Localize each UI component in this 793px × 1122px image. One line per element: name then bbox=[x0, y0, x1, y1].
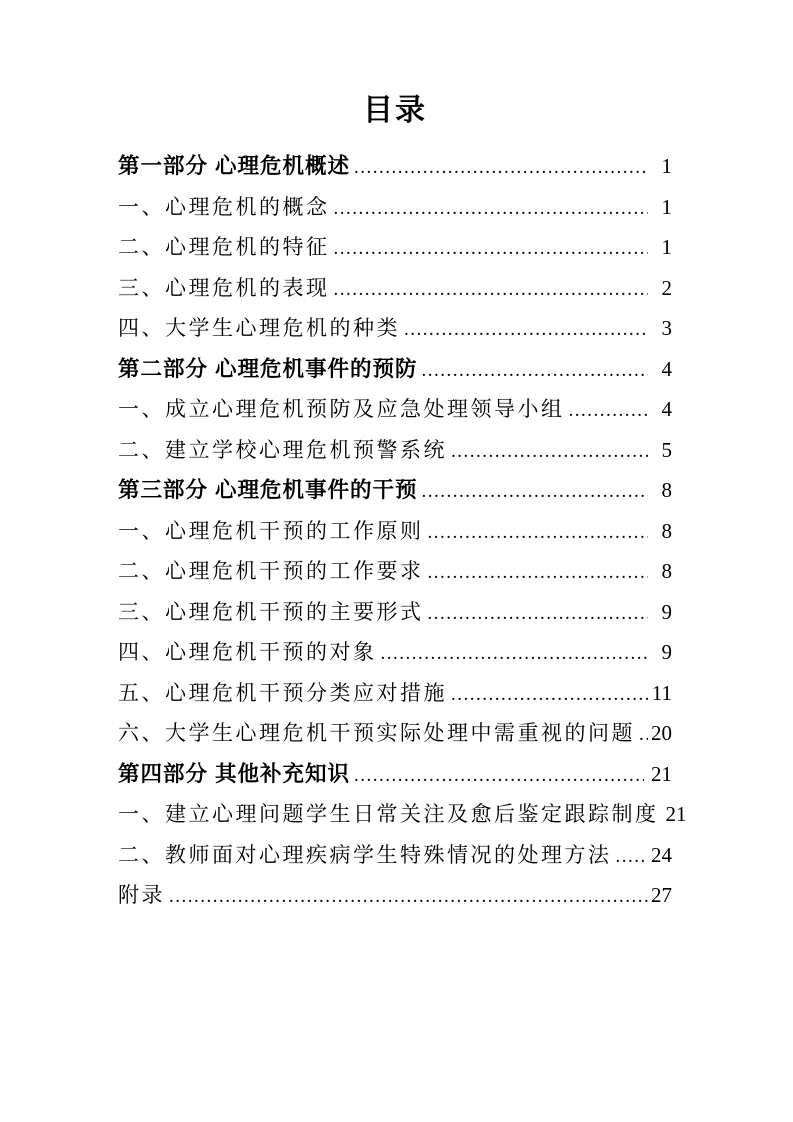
toc-entry-page: 1 bbox=[650, 187, 672, 228]
toc-entry-label: 一、心理危机干预的工作原则 bbox=[118, 511, 424, 552]
toc-entry-page: 9 bbox=[650, 592, 672, 633]
toc-entry[interactable]: 二、心理危机的特征 ..............................… bbox=[118, 227, 672, 268]
toc-entry-page: 1 bbox=[650, 146, 672, 187]
toc-entry[interactable]: 三、心理危机干预的主要形式 ..........................… bbox=[118, 592, 672, 633]
toc-entry[interactable]: 五、心理危机干预分类应对措施 .........................… bbox=[118, 673, 672, 714]
toc-entry-page: 4 bbox=[650, 349, 672, 390]
dot-leader: ........................................… bbox=[334, 189, 649, 230]
document-page: 目录 第一部分 心理危机概述 .........................… bbox=[0, 0, 793, 1122]
toc-entry-page: 8 bbox=[650, 470, 672, 511]
dot-leader: ........................................… bbox=[451, 675, 648, 716]
dot-leader: ........................................… bbox=[354, 756, 644, 797]
dot-leader: ........................................… bbox=[428, 513, 649, 554]
toc-entry-label: 第四部分 其他补充知识 bbox=[118, 754, 350, 795]
toc-entry-label: 二、建立学校心理危机预警系统 bbox=[118, 430, 447, 471]
dot-leader: ........................................… bbox=[569, 391, 649, 432]
toc-title: 目录 bbox=[118, 90, 672, 132]
toc-entry[interactable]: 第二部分 心理危机事件的预防 .........................… bbox=[118, 349, 672, 390]
toc-entry[interactable]: 第三部分 心理危机事件的干预 .........................… bbox=[118, 470, 672, 511]
dot-leader: ........................................… bbox=[421, 351, 648, 392]
toc-entry[interactable]: 二、教师面对心理疾病学生特殊情况的处理方法 ..................… bbox=[118, 835, 672, 876]
toc-entry-label: 三、心理危机的表现 bbox=[118, 268, 330, 309]
toc-entry-label: 附录 bbox=[118, 875, 165, 916]
toc-entry-label: 六、大学生心理危机干预实际处理中需重视的问题 bbox=[118, 713, 635, 754]
toc-entry[interactable]: 四、大学生心理危机的种类 ...........................… bbox=[118, 308, 672, 349]
dot-leader: ........................................… bbox=[334, 229, 649, 270]
toc-entry-page: 3 bbox=[650, 308, 672, 349]
toc-entry-label: 二、心理危机干预的工作要求 bbox=[118, 551, 424, 592]
toc-entry-label: 一、心理危机的概念 bbox=[118, 187, 330, 228]
toc-entry[interactable]: 二、心理危机干预的工作要求 ..........................… bbox=[118, 551, 672, 592]
toc-entry-page: 5 bbox=[650, 430, 672, 471]
toc-entry[interactable]: 六、大学生心理危机干预实际处理中需重视的问题 .................… bbox=[118, 713, 672, 754]
toc-entry-page: 21 bbox=[665, 794, 687, 835]
toc-entry-page: 20 bbox=[650, 713, 672, 754]
toc-entry-page: 21 bbox=[646, 754, 672, 795]
dot-leader: ........................................… bbox=[334, 270, 649, 311]
dot-leader: ........................................… bbox=[616, 837, 649, 878]
dot-leader: ........................................… bbox=[428, 553, 649, 594]
toc-entry[interactable]: 四、心理危机干预的对象 ............................… bbox=[118, 632, 672, 673]
toc-entry-label: 四、大学生心理危机的种类 bbox=[118, 308, 400, 349]
toc-entry-label: 二、心理危机的特征 bbox=[118, 227, 330, 268]
dot-leader: ........................................… bbox=[354, 148, 648, 189]
toc-entry[interactable]: 附录 .....................................… bbox=[118, 875, 672, 916]
toc-entry-label: 四、心理危机干预的对象 bbox=[118, 632, 377, 673]
toc-entry[interactable]: 一、心理危机干预的工作原则 ..........................… bbox=[118, 511, 672, 552]
toc-entry[interactable]: 一、心理危机的概念 ..............................… bbox=[118, 187, 672, 228]
dot-leader: ........................................… bbox=[169, 877, 648, 918]
toc-entry-page: 9 bbox=[650, 632, 672, 673]
toc-entry-page: 11 bbox=[650, 673, 672, 714]
toc-entry-label: 一、建立心理问题学生日常关注及愈后鉴定跟踪制度 bbox=[118, 794, 659, 835]
toc-entry[interactable]: 一、成立心理危机预防及应急处理领导小组 ....................… bbox=[118, 389, 672, 430]
toc-entry-label: 二、教师面对心理疾病学生特殊情况的处理方法 bbox=[118, 835, 612, 876]
toc-entry-label: 第二部分 心理危机事件的预防 bbox=[118, 349, 417, 390]
dot-leader: ........................................… bbox=[428, 594, 649, 635]
toc-entry-label: 第一部分 心理危机概述 bbox=[118, 146, 350, 187]
dot-leader: ........................................… bbox=[451, 432, 648, 473]
toc-entry[interactable]: 第一部分 心理危机概述 ............................… bbox=[118, 146, 672, 187]
dot-leader: ........................................… bbox=[421, 472, 648, 513]
dot-leader: ........................................… bbox=[381, 634, 649, 675]
toc-entry-label: 第三部分 心理危机事件的干预 bbox=[118, 470, 417, 511]
toc-entry-page: 8 bbox=[650, 551, 672, 592]
dot-leader: ........................................… bbox=[639, 715, 648, 756]
toc-entry-page: 2 bbox=[650, 268, 672, 309]
toc-entry-label: 三、心理危机干预的主要形式 bbox=[118, 592, 424, 633]
toc-entry-page: 4 bbox=[650, 389, 672, 430]
toc-entry-label: 一、成立心理危机预防及应急处理领导小组 bbox=[118, 389, 565, 430]
toc-list: 第一部分 心理危机概述 ............................… bbox=[118, 146, 672, 916]
toc-entry-page: 1 bbox=[650, 227, 672, 268]
toc-entry[interactable]: 第四部分 其他补充知识 ............................… bbox=[118, 754, 672, 795]
toc-entry-page: 8 bbox=[650, 511, 672, 552]
toc-entry-page: 24 bbox=[650, 835, 672, 876]
toc-entry[interactable]: 三、心理危机的表现 ..............................… bbox=[118, 268, 672, 309]
dot-leader: ........................................… bbox=[404, 310, 648, 351]
toc-entry[interactable]: 二、建立学校心理危机预警系统 .........................… bbox=[118, 430, 672, 471]
toc-entry-label: 五、心理危机干预分类应对措施 bbox=[118, 673, 447, 714]
toc-entry-page: 27 bbox=[650, 875, 672, 916]
toc-entry[interactable]: 一、建立心理问题学生日常关注及愈后鉴定跟踪制度 ................… bbox=[118, 794, 672, 835]
